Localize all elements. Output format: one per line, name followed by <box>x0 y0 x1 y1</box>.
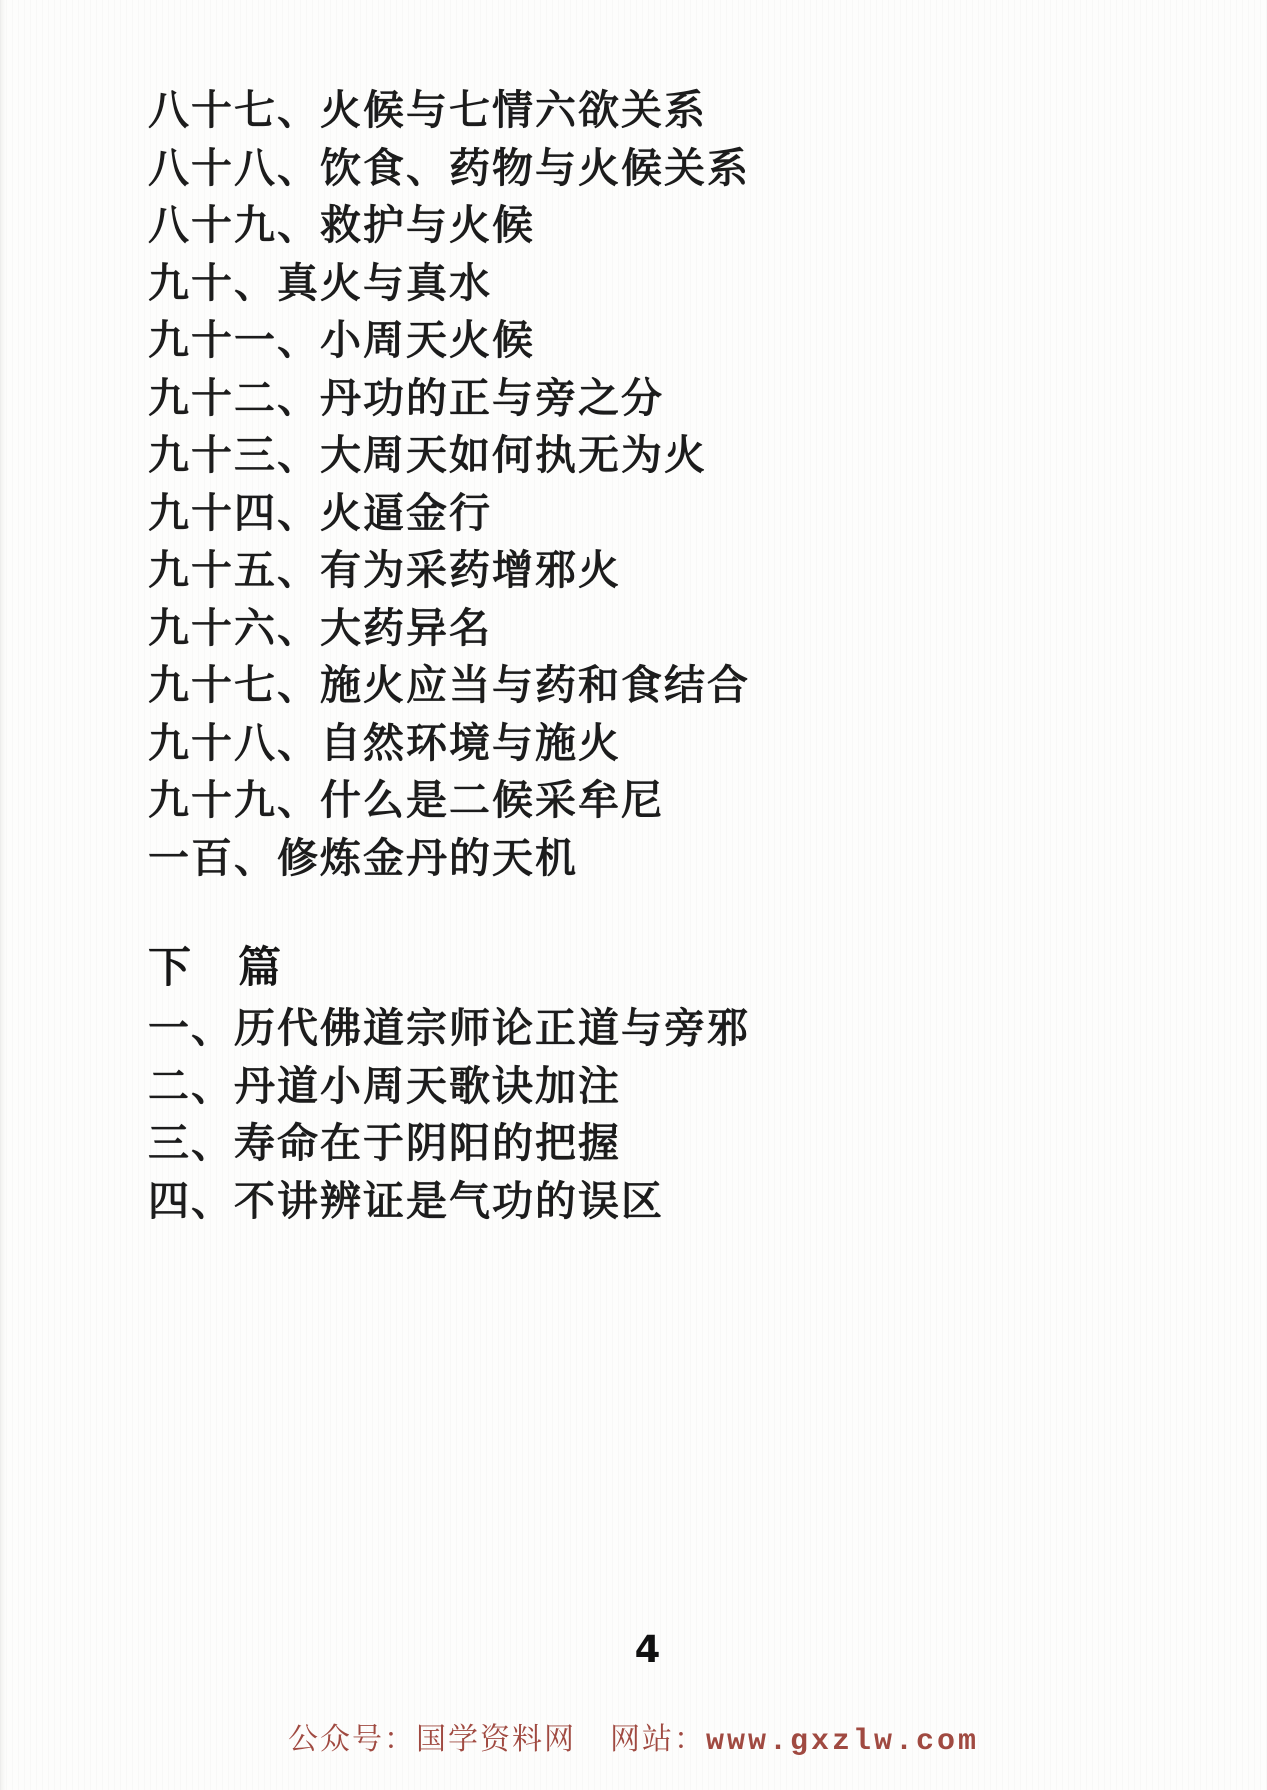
toc-entry: 九十九、什么是二候采牟尼 <box>148 772 1207 830</box>
toc-entry: 一百、修炼金丹的天机 <box>148 830 1207 888</box>
toc-entry: 九十八、自然环境与施火 <box>148 715 1207 773</box>
toc-entry: 九十五、有为采药增邪火 <box>148 542 1207 600</box>
footer-site-url: www.gxzlw.com <box>706 1725 979 1759</box>
toc-entry: 九十、真火与真水 <box>148 255 1207 313</box>
toc-entry: 九十七、施火应当与药和食结合 <box>148 657 1207 715</box>
footer-site-label: 网站： <box>610 1723 706 1756</box>
footer-account-label: 公众号：国学资料网 <box>288 1723 576 1756</box>
toc-entry: 九十四、火逼金行 <box>148 485 1207 543</box>
toc-entry: 八十七、火候与七情六欲关系 <box>148 82 1207 140</box>
toc-entry: 四、不讲辨证是气功的误区 <box>148 1173 1207 1231</box>
toc-entry: 九十一、小周天火候 <box>148 312 1207 370</box>
toc-entry: 九十二、丹功的正与旁之分 <box>148 370 1207 428</box>
toc-lower-section: 下 篇 一、历代佛道宗师论正道与旁邪 二、丹道小周天歌诀加注 三、寿命在于阴阳的… <box>148 938 1207 1230</box>
toc-upper-section: 八十七、火候与七情六欲关系 八十八、饮食、药物与火候关系 八十九、救护与火候 九… <box>148 82 1207 887</box>
toc-entry: 八十八、饮食、药物与火候关系 <box>148 140 1207 198</box>
page-number: 4 <box>0 1628 1267 1671</box>
toc-entry: 九十六、大药异名 <box>148 600 1207 658</box>
watermark-footer: 公众号：国学资料网网站：www.gxzlw.com <box>0 1714 1267 1759</box>
toc-entry: 九十三、大周天如何执无为火 <box>148 427 1207 485</box>
scanned-page: 八十七、火候与七情六欲关系 八十八、饮食、药物与火候关系 八十九、救护与火候 九… <box>0 0 1267 1790</box>
toc-entry: 八十九、救护与火候 <box>148 197 1207 255</box>
section-heading: 下 篇 <box>148 938 1207 1000</box>
toc-entry: 一、历代佛道宗师论正道与旁邪 <box>148 1000 1207 1058</box>
toc-entry: 二、丹道小周天歌诀加注 <box>148 1058 1207 1116</box>
toc-entry: 三、寿命在于阴阳的把握 <box>148 1115 1207 1173</box>
